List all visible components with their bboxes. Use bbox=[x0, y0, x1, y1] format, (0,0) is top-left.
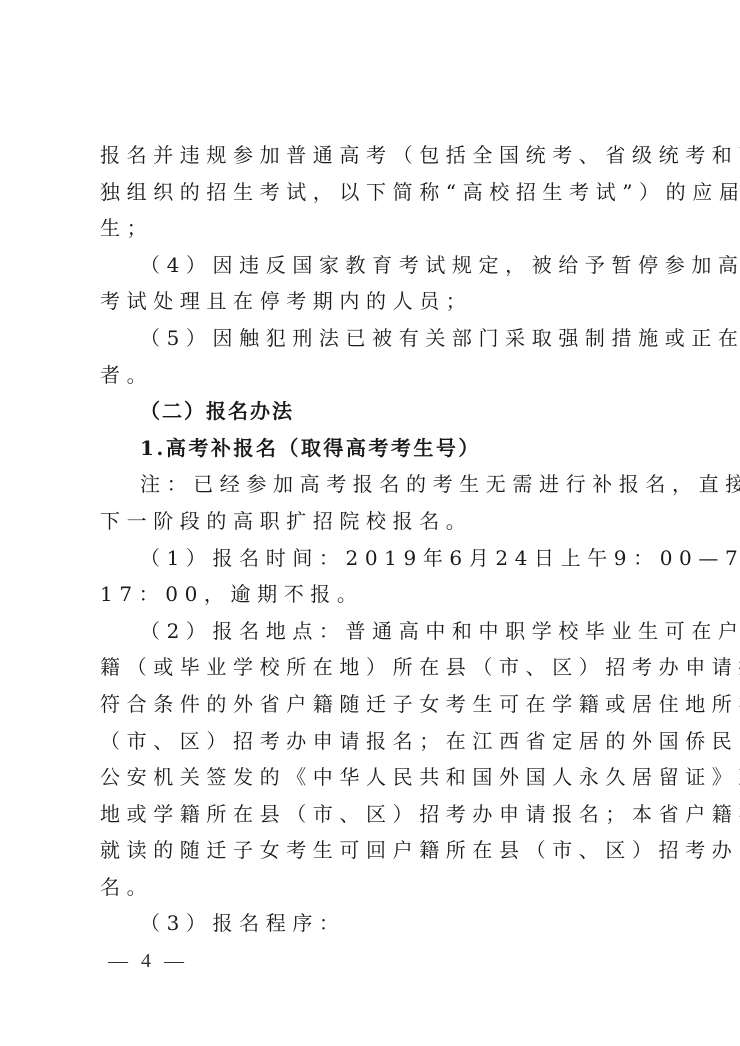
text-line-continuation: 符合条件的外省户籍随迁子女考生可在学籍或居住地所在县 bbox=[100, 686, 660, 723]
text-line-continuation: 考试处理且在停考期内的人员； bbox=[100, 283, 660, 320]
subsection-heading: 1.高考补报名（取得高考考生号） bbox=[100, 430, 660, 467]
text-line-continuation: 名。 bbox=[100, 869, 660, 906]
text-line-continuation: （市、区）招考办申请报名；在江西省定居的外国侨民，可持 bbox=[100, 723, 660, 760]
text-line-continuation: 生； bbox=[100, 210, 660, 247]
text-line-continuation: 就读的随迁子女考生可回户籍所在县（市、区）招考办申请报 bbox=[100, 832, 660, 869]
document-body: 报名并违规参加普通高考（包括全国统考、省级统考和高校单 独组织的招生考试，以下简… bbox=[100, 137, 660, 942]
list-item-5: （5）因触犯刑法已被有关部门采取强制措施或正在服刑 bbox=[100, 320, 660, 357]
registration-procedure-item: （3）报名程序： bbox=[100, 905, 660, 942]
page-number: — 4 — bbox=[108, 950, 188, 973]
text-line-continuation: 报名并违规参加普通高考（包括全国统考、省级统考和高校单 bbox=[100, 137, 660, 174]
text-line-continuation: 籍（或毕业学校所在地）所在县（市、区）招考办申请报名； bbox=[100, 649, 660, 686]
text-line-continuation: 下一阶段的高职扩招院校报名。 bbox=[100, 503, 660, 540]
document-page: 报名并违规参加普通高考（包括全国统考、省级统考和高校单 独组织的招生考试，以下简… bbox=[0, 0, 740, 1046]
text-line-continuation: 者。 bbox=[100, 357, 660, 394]
text-line-continuation: 公安机关签发的《中华人民共和国外国人永久居留证》到定居 bbox=[100, 759, 660, 796]
registration-time-item: （1）报名时间：2019年6月24日上午9：00—7月8日 bbox=[100, 540, 660, 577]
text-line-continuation: 地或学籍所在县（市、区）招考办申请报名；本省户籍在外省 bbox=[100, 796, 660, 833]
text-line-continuation: 独组织的招生考试，以下简称“高校招生考试”）的应届毕业 bbox=[100, 174, 660, 211]
text-line-continuation: 17：00，逾期不报。 bbox=[100, 576, 660, 613]
registration-location-item: （2）报名地点：普通高中和中职学校毕业生可在户籍或学 bbox=[100, 613, 660, 650]
list-item-4: （4）因违反国家教育考试规定，被给予暂停参加高校招生 bbox=[100, 247, 660, 284]
note-paragraph: 注：已经参加高考报名的考生无需进行补报名，直接进入 bbox=[100, 466, 660, 503]
section-heading: （二）报名办法 bbox=[100, 393, 660, 430]
